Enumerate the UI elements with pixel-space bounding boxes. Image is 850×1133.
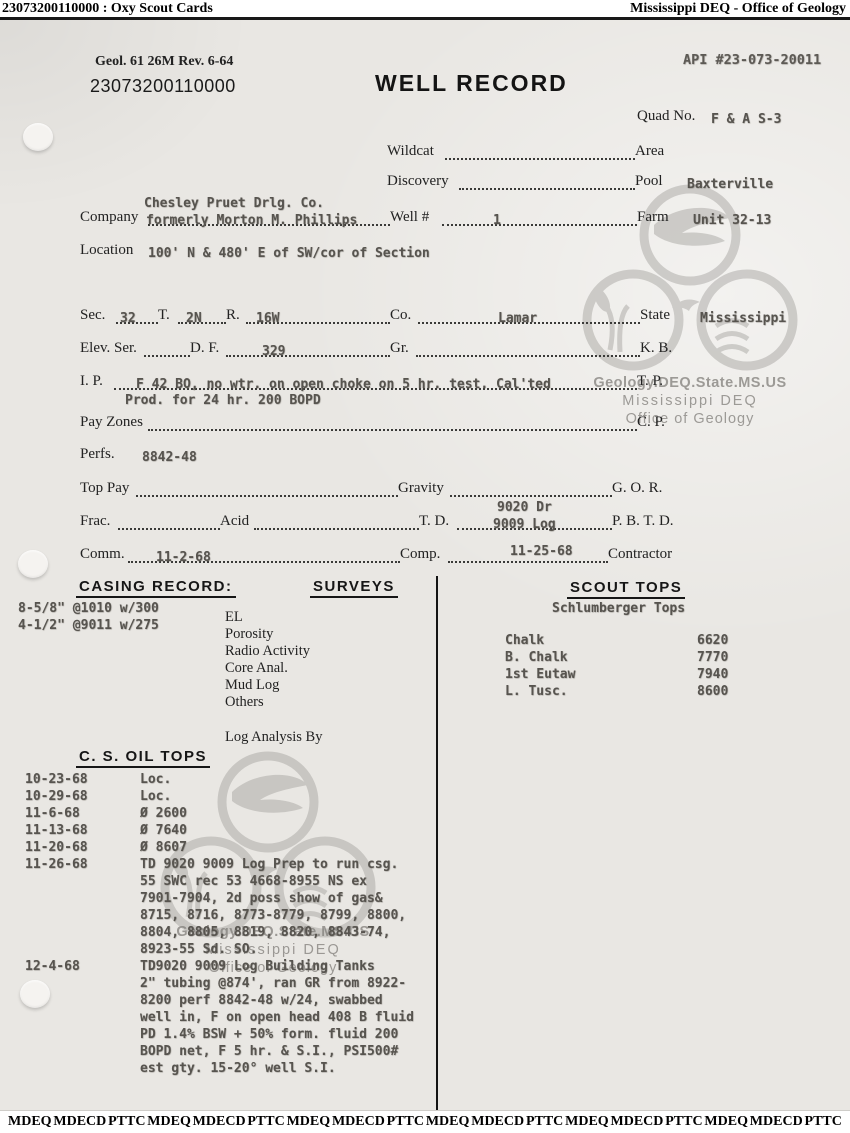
section-divider-line	[8, 270, 845, 290]
field-df-value: 329	[262, 344, 285, 359]
footer-tag: PTTC	[805, 1114, 842, 1130]
field-discovery-label: Discovery	[387, 172, 459, 190]
casing-record-title: CASING RECORD:	[76, 578, 236, 598]
field-td-value-log: 9009 Log	[493, 517, 556, 532]
field-state-value: Mississippi	[700, 311, 786, 326]
oil-top-text: Ø 8607	[140, 839, 187, 856]
survey-item-label: EL	[225, 608, 243, 626]
oil-tops-title: C. S. OIL TOPS	[76, 748, 210, 768]
field-company-name-value: Chesley Pruet Drlg. Co.	[144, 196, 324, 211]
field-frac-acid-td-pbtd: Frac. Acid T. D. 9020 Dr 9009 Log P. B. …	[80, 510, 845, 530]
field-df-label: D. F.	[190, 339, 226, 357]
oil-top-date: 12-4-68	[25, 958, 80, 975]
watermark-org: Mississippi DEQ	[570, 392, 810, 410]
oil-top-text: Ø 2600	[140, 805, 187, 822]
oil-top-date: 10-23-68	[25, 771, 88, 788]
field-perfs-label: Perfs.	[80, 445, 124, 463]
field-sec-label: Sec.	[80, 306, 116, 324]
oil-top-text: Loc.	[140, 788, 171, 805]
field-tp-label: T. P.	[637, 372, 673, 390]
field-ip-value: F 42 BO, no wtr. on open choke on 5 hr. …	[136, 377, 551, 392]
oil-top-text: 8923-55 Sd. SO.	[140, 941, 257, 958]
oil-top-text: 7901-7904, 2d poss show of gas&	[140, 890, 383, 907]
footer-tag: PTTC	[108, 1114, 145, 1130]
field-area-label: Area	[635, 142, 675, 160]
field-quad: Quad No. F & A S-3	[637, 105, 845, 125]
scout-top-depth: 7770	[697, 649, 728, 666]
field-pbtd-label: P. B. T. D.	[612, 512, 688, 530]
field-gor-label: G. O. R.	[612, 479, 674, 497]
api-stamp: API #23-073-20011	[683, 52, 821, 68]
field-td-value-dr: 9020 Dr	[497, 500, 552, 515]
survey-item-label: Others	[225, 693, 264, 711]
oil-top-text: Ø 7640	[140, 822, 187, 839]
punch-hole	[18, 550, 48, 578]
punch-hole	[23, 123, 53, 151]
field-t-label: T.	[158, 306, 178, 324]
field-company-well-farm: Company formerly Morton M. Phillips Ches…	[80, 206, 845, 226]
footer-tag: MDECD	[193, 1114, 246, 1130]
survey-item: Core Anal.	[225, 661, 421, 677]
viewer-header-left: 23073200110000 : Oxy Scout Cards	[2, 1, 213, 17]
field-toppay-gravity-gor: Top Pay Gravity G. O. R.	[80, 477, 845, 497]
scout-tops-subtitle: Schlumberger Tops	[552, 600, 685, 617]
casing-entry: 4-1/2" @9011 w/275	[18, 617, 159, 634]
field-payzones-label: Pay Zones	[80, 413, 148, 431]
field-sec-value: 32	[120, 311, 136, 326]
survey-item: Others	[225, 695, 421, 711]
field-comp-value: 11-25-68	[510, 544, 573, 559]
field-quad-value: F & A S-3	[711, 112, 781, 127]
field-elevser-label: Elev. Ser.	[80, 339, 144, 357]
api-number: 23073200110000	[90, 76, 236, 97]
oil-top-text: TD9020 9009 Log Building Tanks	[140, 958, 375, 975]
oil-top-date: 11-26-68	[25, 856, 88, 873]
footer-tag: PTTC	[387, 1114, 424, 1130]
oil-top-text: TD 9020 9009 Log Prep to run csg.	[140, 856, 398, 873]
footer-tag: MDEQ	[565, 1114, 609, 1130]
viewer-footer: MDEQ MDECD PTTC MDEQ MDECD PTTC MDEQ MDE…	[0, 1110, 850, 1133]
oil-top-date: 10-29-68	[25, 788, 88, 805]
scout-top-depth: 7940	[697, 666, 728, 683]
oil-top-text: well in, F on open head 408 B fluid	[140, 1009, 414, 1026]
survey-item: Porosity	[225, 627, 421, 643]
field-t-value: 2N	[186, 311, 202, 326]
field-kb-label: K. B.	[640, 339, 678, 357]
field-co-value: Lamar	[498, 311, 537, 326]
survey-item: EL	[225, 610, 421, 626]
footer-tag: MDEQ	[147, 1114, 191, 1130]
form-revision-note: Geol. 61 26M Rev. 6-64	[95, 54, 233, 70]
footer-tag: PTTC	[247, 1114, 284, 1130]
field-location-label: Location	[80, 241, 144, 259]
field-discovery-pool: Discovery Pool Baxterville	[387, 170, 845, 190]
survey-item: Mud Log	[225, 678, 421, 694]
casing-entry: 8-5/8" @1010 w/300	[18, 600, 159, 617]
field-co-label: Co.	[390, 306, 418, 324]
survey-item: Radio Activity	[225, 644, 421, 660]
field-acid-label: Acid	[220, 512, 254, 530]
footer-tag: PTTC	[526, 1114, 563, 1130]
footer-tag: MDECD	[53, 1114, 106, 1130]
form-title: WELL RECORD	[375, 70, 568, 97]
oil-top-text: PD 1.4% BSW + 50% form. fluid 200	[140, 1026, 398, 1043]
footer-tag: MDECD	[611, 1114, 664, 1130]
field-wellno-value: 1	[493, 213, 501, 228]
survey-item-label: Porosity	[225, 625, 273, 643]
field-company-former-value: formerly Morton M. Phillips	[146, 213, 357, 228]
footer-tag: MDECD	[332, 1114, 385, 1130]
field-gr-label: Gr.	[390, 339, 416, 357]
scout-top-depth: 6620	[697, 632, 728, 649]
surveys-title: SURVEYS	[310, 578, 398, 598]
footer-tag: MDEQ	[426, 1114, 470, 1130]
well-record-card: Geology.DEQ.State.MS.US Mississippi DEQ …	[0, 20, 850, 1110]
oil-top-text: BOPD net, F 5 hr. & S.I., PSI500#	[140, 1043, 398, 1060]
footer-tag: MDECD	[471, 1114, 524, 1130]
field-comm-label: Comm.	[80, 545, 128, 563]
oil-top-text: Loc.	[140, 771, 171, 788]
scout-top-name: B. Chalk	[505, 649, 568, 666]
survey-item-label: Mud Log	[225, 676, 279, 694]
field-ip-tp: I. P. F 42 BO, no wtr. on open choke on …	[80, 370, 845, 390]
field-pool-value: Baxterville	[687, 177, 773, 192]
punch-hole	[20, 980, 50, 1008]
field-farm-value: Unit 32-13	[693, 213, 771, 228]
viewer-header: 23073200110000 : Oxy Scout Cards Mississ…	[0, 0, 850, 17]
survey-item-label: Core Anal.	[225, 659, 288, 677]
field-cp-label: C. P.	[637, 413, 673, 431]
footer-tag: MDECD	[750, 1114, 803, 1130]
field-r-label: R.	[226, 306, 246, 324]
oil-top-text: est gty. 15-20° well S.I.	[140, 1060, 336, 1077]
oil-top-text: 8804, 8805, 8819, 8820, 8843-74,	[140, 924, 390, 941]
oil-top-text: 8715, 8716, 8773-8779, 8799, 8800,	[140, 907, 406, 924]
survey-item-label: Log Analysis By	[225, 728, 322, 746]
field-elev-df-gr-kb: Elev. Ser. D. F. 329 Gr. K. B.	[80, 337, 845, 357]
footer-tag: PTTC	[665, 1114, 702, 1130]
survey-blank-line	[225, 712, 421, 728]
oil-top-text: 2" tubing @874', ran GR from 8922-	[140, 975, 406, 992]
footer-tag: MDEQ	[287, 1114, 331, 1130]
field-comm-value: 11-2-68	[156, 550, 211, 565]
footer-tag: MDEQ	[704, 1114, 748, 1130]
field-quad-label: Quad No.	[637, 107, 707, 125]
field-perfs-value: 8842-48	[142, 450, 197, 465]
survey-item-label: Radio Activity	[225, 642, 310, 660]
footer-tag: MDEQ	[8, 1114, 52, 1130]
field-gravity-label: Gravity	[398, 479, 450, 497]
field-td-label: T. D.	[419, 512, 457, 530]
field-contractor-label: Contractor	[608, 545, 682, 563]
field-location-value: 100' N & 480' E of SW/cor of Section	[148, 246, 430, 261]
field-payzones-cp: Pay Zones C. P.	[80, 411, 845, 431]
field-r-value: 16W	[256, 311, 279, 326]
field-wildcat-label: Wildcat	[387, 142, 445, 160]
field-location: Location 100' N & 480' E of SW/cor of Se…	[80, 239, 845, 259]
oil-top-date: 11-6-68	[25, 805, 80, 822]
field-frac-label: Frac.	[80, 512, 118, 530]
scout-top-name: 1st Eutaw	[505, 666, 575, 683]
field-sec-t-r-co-state: Sec. 32 T. 2N R. 16W Co. Lamar State Mis…	[80, 304, 845, 324]
scout-top-name: Chalk	[505, 632, 544, 649]
field-pool-label: Pool	[635, 172, 673, 190]
field-perfs: Perfs. 8842-48	[80, 443, 845, 463]
oil-top-date: 11-13-68	[25, 822, 88, 839]
oil-top-date: 11-20-68	[25, 839, 88, 856]
field-ip-value-line2: Prod. for 24 hr. 200 BOPD	[125, 392, 321, 409]
field-farm-label: Farm	[637, 208, 679, 226]
field-wellno-label: Well #	[390, 208, 442, 226]
survey-item: Log Analysis By	[225, 730, 421, 746]
scout-top-depth: 8600	[697, 683, 728, 700]
field-company-label: Company	[80, 208, 148, 226]
oil-top-text: 8200 perf 8842-48 w/24, swabbed	[140, 992, 383, 1009]
field-state-label: State	[640, 306, 682, 324]
viewer-header-right: Mississippi DEQ - Office of Geology	[630, 1, 846, 17]
field-ip-label: I. P.	[80, 372, 114, 390]
column-divider	[436, 576, 438, 1127]
scout-tops-title: SCOUT TOPS	[567, 579, 685, 599]
field-comp-label: Comp.	[400, 545, 448, 563]
oil-top-text: 55 SWC rec 53 4668-8955 NS ex	[140, 873, 367, 890]
field-toppay-label: Top Pay	[80, 479, 136, 497]
scan-viewer-page: { "header": { "left": "23073200110000 : …	[0, 0, 850, 1133]
scout-top-name: L. Tusc.	[505, 683, 568, 700]
field-comm-comp-contractor: Comm. 11-2-68 Comp. 11-25-68 Contractor	[80, 543, 845, 563]
field-wildcat-area: Wildcat Area	[387, 140, 845, 160]
